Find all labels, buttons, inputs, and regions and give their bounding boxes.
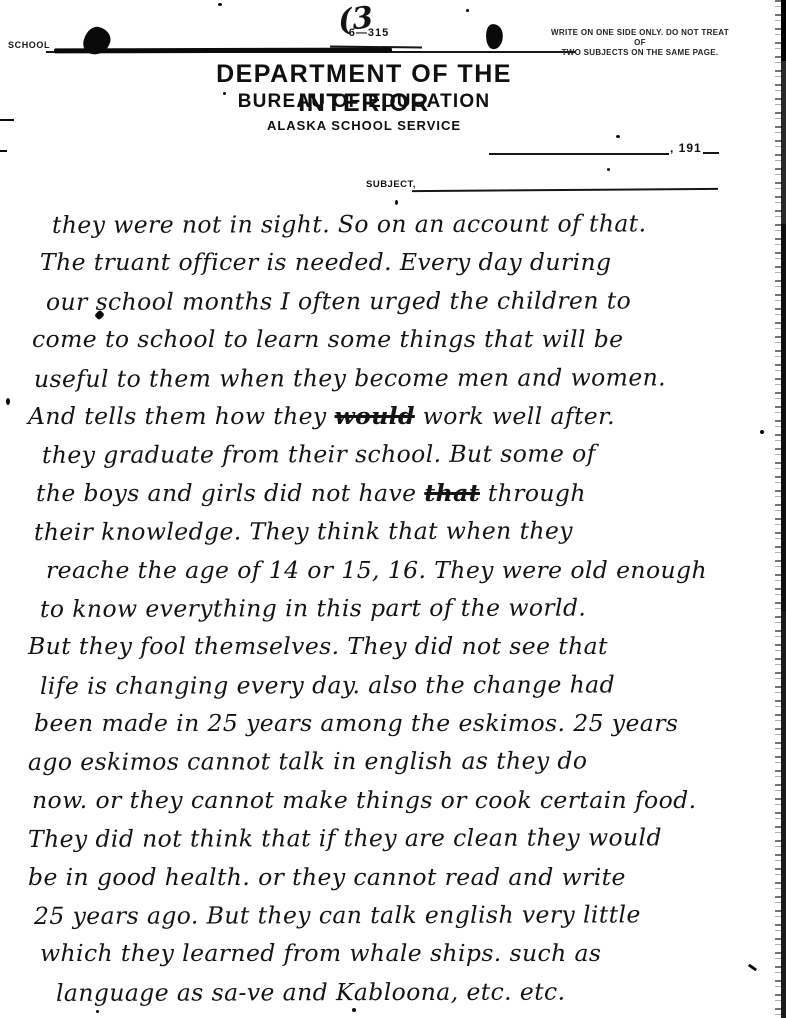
scan-speck [607,168,610,171]
scan-speck [223,92,226,95]
handwritten-segment: But they fool themselves. They did not s… [28,632,608,660]
date-year-prefix: , 191 [670,141,702,155]
handwritten-segment: be in good health. or they cannot read a… [28,863,626,891]
scanned-document-page: (3 6—315 SCHOOL WRITE ON ONE SIDE ONLY. … [0,0,786,1018]
scan-speck [352,1008,356,1012]
handwritten-segment: to know everything in this part of the w… [40,593,586,622]
handwritten-segment: now. or they cannot make things or cook … [32,786,696,814]
date-blank-line [489,153,669,155]
handwritten-segment: And tells them how they [28,402,334,430]
scan-speck [6,398,10,405]
handwritten-line: The truant officer is needed. Every day … [26,248,778,286]
scan-speck [0,150,7,152]
scan-speck [760,430,764,434]
handwritten-line: they were not in sight. So on an account… [26,209,778,249]
handwritten-segment: work well after. [415,402,615,430]
scan-speck [0,119,14,121]
handwritten-line: language as sa-ve and Kabloona, etc. etc… [26,977,778,1017]
handwritten-line: But they fool themselves. They did not s… [26,632,778,670]
form-number: 6—315 [333,27,405,39]
handwritten-line: come to school to learn some things that… [26,325,778,363]
handwritten-line: to know everything in this part of the w… [26,593,778,633]
handwritten-segment: which they learned from whale ships. suc… [40,939,601,967]
scan-edge-artifact [772,0,786,1018]
scan-speck [466,9,469,12]
handwritten-line: the boys and girls did not have that thr… [26,479,778,517]
write-one-side-notice: WRITE ON ONE SIDE ONLY. DO NOT TREAT OF … [546,28,734,58]
handwritten-segment: their knowledge. They think that when th… [34,517,573,546]
scan-speck [96,1010,99,1013]
handwritten-line: life is changing every day. also the cha… [26,670,778,710]
handwritten-text: they were not in sight. So on an account… [26,210,778,1016]
handwritten-segment: they graduate from their school. But som… [42,440,596,469]
handwritten-segment: they were not in sight. So on an account… [52,209,647,239]
handwritten-line: their knowledge. They think that when th… [26,516,778,556]
handwritten-line: be in good health. or they cannot read a… [26,863,778,901]
handwritten-segment: come to school to learn some things that… [32,325,623,353]
handwritten-segment: life is changing every day. also the cha… [40,670,615,700]
handwritten-word-struck: that [424,479,480,507]
handwritten-segment: reache the age of 14 or 15, 16. They wer… [46,556,707,584]
handwritten-line: which they learned from whale ships. suc… [26,939,778,977]
handwritten-segment: They did not think that if they are clea… [28,824,662,854]
handwritten-segment: The truant officer is needed. Every day … [40,248,611,276]
school-label: SCHOOL [8,40,50,50]
scan-speck [395,200,398,205]
handwritten-segment: 25 years ago. But they can talk english … [34,900,641,930]
handwritten-segment: been made in 25 years among the eskimos.… [34,709,678,737]
handwritten-segment: ago eskimos cannot talk in english as th… [28,747,587,776]
letterhead-service: ALASKA SCHOOL SERVICE [168,118,560,133]
handwritten-line: reache the age of 14 or 15, 16. They wer… [26,556,778,594]
handwritten-line: ago eskimos cannot talk in english as th… [26,746,778,786]
handwritten-segment: our school months I often urged the chil… [46,286,631,316]
subject-label: SUBJECT, [366,179,416,190]
scan-speck [616,135,620,138]
handwritten-line: useful to them when they become men and … [26,363,778,403]
date-year-blank [703,152,719,154]
handwritten-segment: the boys and girls did not have [36,479,424,507]
handwritten-segment: language as sa-ve and Kabloona, etc. etc… [56,977,566,1006]
notice-line-1: WRITE ON ONE SIDE ONLY. DO NOT TREAT OF [546,28,734,48]
handwritten-line: now. or they cannot make things or cook … [26,786,778,824]
ink-blot-icon [484,23,504,50]
scan-speck [218,3,222,6]
letterhead-bureau: BUREAU OF EDUCATION [168,91,560,113]
handwritten-line: 25 years ago. But they can talk english … [26,900,778,940]
subject-blank-line [412,188,718,192]
handwritten-line: they graduate from their school. But som… [26,439,778,479]
handwritten-word-struck: would [334,402,414,430]
notice-line-2: TWO SUBJECTS ON THE SAME PAGE. [546,48,734,58]
handwritten-line: our school months I often urged the chil… [26,286,778,326]
handwritten-line: been made in 25 years among the eskimos.… [26,709,778,747]
handwritten-segment: through [480,479,586,507]
handwritten-line: They did not think that if they are clea… [26,823,778,863]
handwritten-line: And tells them how they would work well … [26,402,778,440]
handwritten-segment: useful to them when they become men and … [34,363,666,393]
